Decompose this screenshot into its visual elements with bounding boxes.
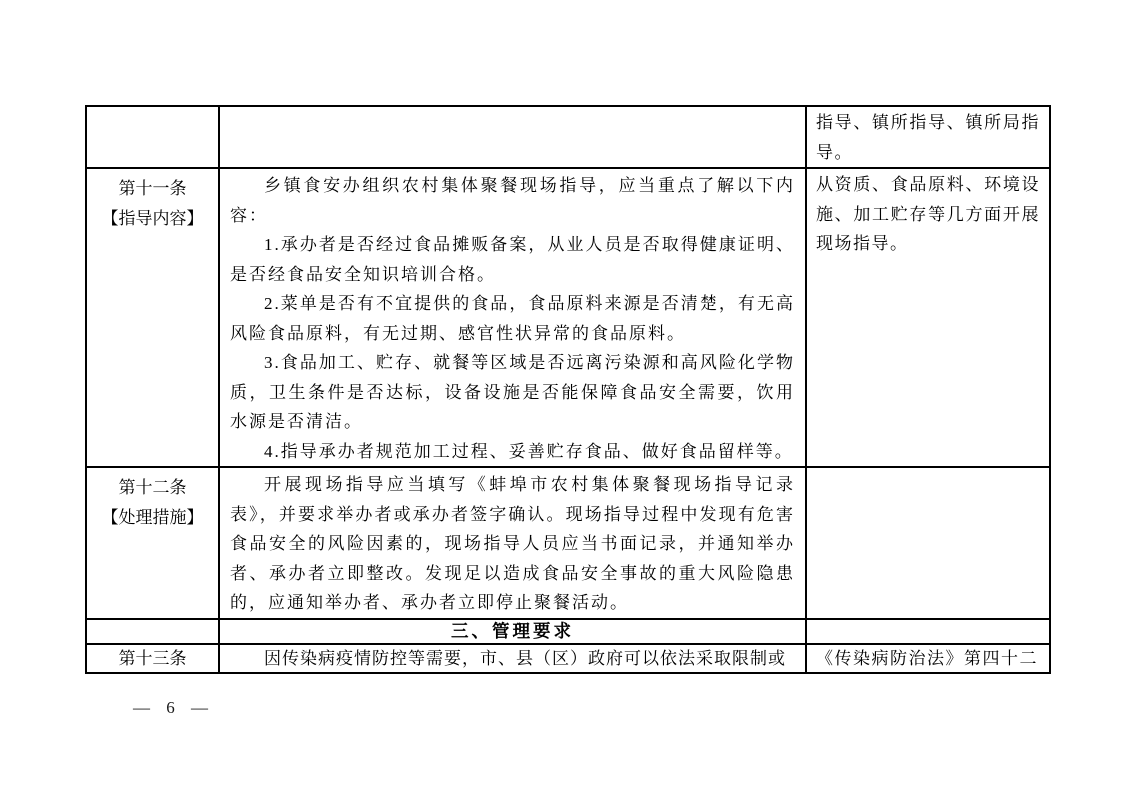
cell-article-empty — [86, 106, 219, 168]
article-label: 【处理措施】 — [87, 503, 218, 533]
cell-basis-article-12 — [806, 467, 1050, 619]
cell-basis-empty — [806, 619, 1050, 644]
cell-article-11: 第十一条 【指导内容】 — [86, 168, 219, 467]
page-number: — 6 — — [133, 698, 208, 718]
table-row-continuation: 指导、镇所指导、镇所局指导。 — [86, 106, 1050, 168]
cell-basis-article-13: 《传染病防治法》第四十二 — [806, 644, 1050, 673]
table-row-article-12: 第十二条 【处理措施】 开展现场指导应当填写《蚌埠市农村集体聚餐现场指导记录表》… — [86, 467, 1050, 619]
paragraph: 2.菜单是否有不宜提供的食品，食品原料来源是否清楚，有无高风险食品原料，有无过期… — [230, 289, 795, 348]
table-row-article-13: 第十三条 因传染病疫情防控等需要，市、县（区）政府可以依法采取限制或 《传染病防… — [86, 644, 1050, 673]
article-number: 第十二条 — [87, 473, 218, 503]
section-header: 三、管理要求 — [219, 619, 806, 644]
cell-basis-article-11: 从资质、食品原料、环境设施、加工贮存等几方面开展现场指导。 — [806, 168, 1050, 467]
paragraph: 4.指导承办者规范加工过程、妥善贮存食品、做好食品留样等。 — [230, 437, 795, 467]
table-row-article-11: 第十一条 【指导内容】 乡镇食安办组织农村集体聚餐现场指导，应当重点了解以下内容… — [86, 168, 1050, 467]
article-label: 【指导内容】 — [87, 204, 218, 234]
cell-article-12: 第十二条 【处理措施】 — [86, 467, 219, 619]
paragraph: 1.承办者是否经过食品摊贩备案，从业人员是否取得健康证明、是否经食品安全知识培训… — [230, 230, 795, 289]
paragraph: 因传染病疫情防控等需要，市、县（区）政府可以依法采取限制或 — [230, 645, 795, 672]
table-row-section-header: 三、管理要求 — [86, 619, 1050, 644]
cell-article-empty — [86, 619, 219, 644]
paragraph: 乡镇食安办组织农村集体聚餐现场指导，应当重点了解以下内容： — [230, 171, 795, 230]
cell-article-13: 第十三条 — [86, 644, 219, 673]
document-page: 指导、镇所指导、镇所局指导。 第十一条 【指导内容】 乡镇食安办组织农村集体聚餐… — [0, 0, 1122, 793]
cell-content-article-13: 因传染病疫情防控等需要，市、县（区）政府可以依法采取限制或 — [219, 644, 806, 673]
article-number: 第十三条 — [87, 645, 218, 672]
article-number: 第十一条 — [87, 174, 218, 204]
cell-content-empty — [219, 106, 806, 168]
cell-basis-continuation: 指导、镇所指导、镇所局指导。 — [806, 106, 1050, 168]
paragraph: 开展现场指导应当填写《蚌埠市农村集体聚餐现场指导记录表》，并要求举办者或承办者签… — [230, 470, 795, 618]
cell-content-article-12: 开展现场指导应当填写《蚌埠市农村集体聚餐现场指导记录表》，并要求举办者或承办者签… — [219, 467, 806, 619]
regulation-table: 指导、镇所指导、镇所局指导。 第十一条 【指导内容】 乡镇食安办组织农村集体聚餐… — [85, 105, 1051, 674]
cell-content-article-11: 乡镇食安办组织农村集体聚餐现场指导，应当重点了解以下内容： 1.承办者是否经过食… — [219, 168, 806, 467]
paragraph: 3.食品加工、贮存、就餐等区域是否远离污染源和高风险化学物质，卫生条件是否达标，… — [230, 348, 795, 437]
